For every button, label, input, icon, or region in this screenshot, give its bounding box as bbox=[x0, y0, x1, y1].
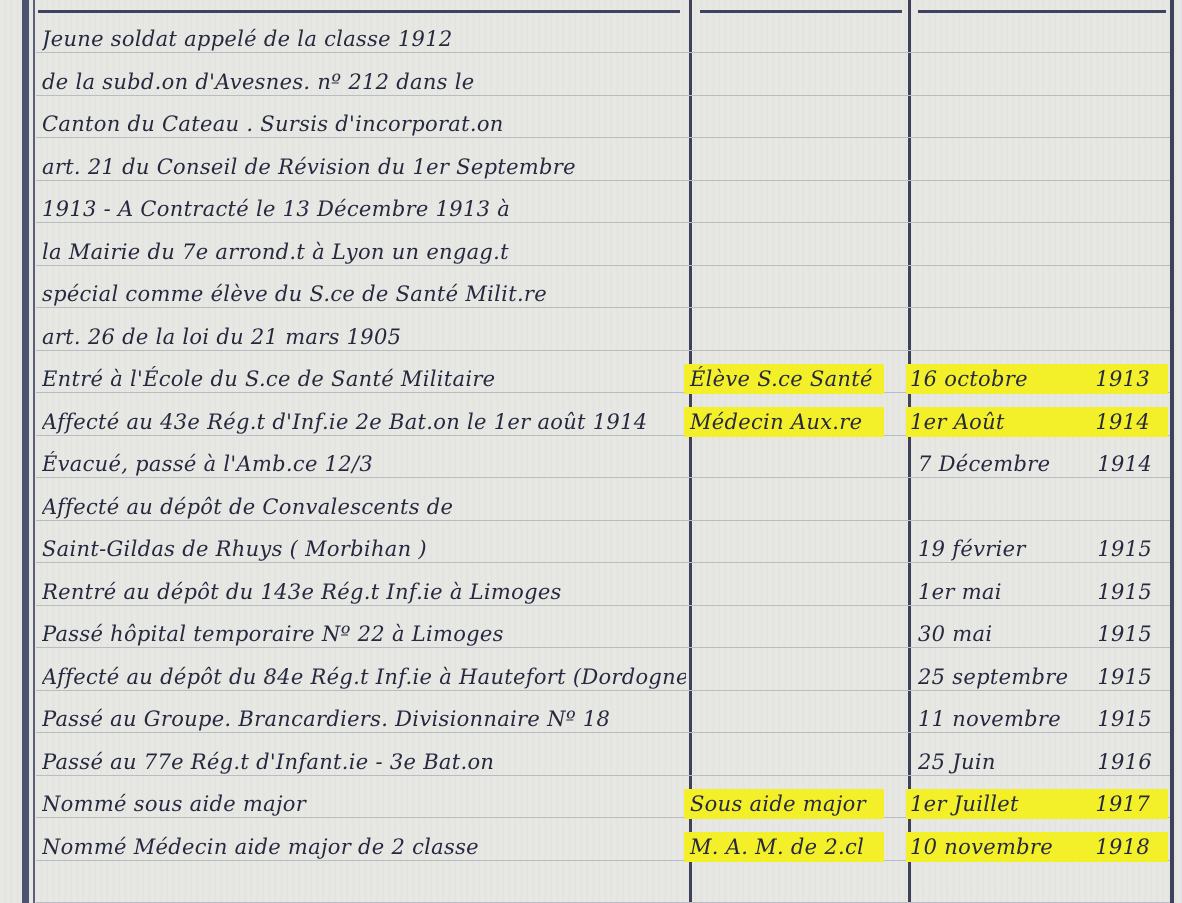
service-description: Passé au 77e Rég.t d'Infant.ie - 3e Bat.… bbox=[42, 747, 686, 777]
service-description: la Mairie du 7e arrond.t à Lyon un engag… bbox=[42, 237, 686, 267]
grade-cell bbox=[692, 279, 902, 309]
date-day-month bbox=[914, 322, 918, 352]
date-cell bbox=[914, 152, 1170, 182]
date-cell: 25 Juin 1916 bbox=[914, 747, 1170, 777]
grade-cell bbox=[692, 534, 902, 564]
date-year: 1913 bbox=[1095, 364, 1168, 394]
date-year: 1915 bbox=[1097, 704, 1170, 734]
table-row: Passé hôpital temporaire Nº 22 à Limoges… bbox=[38, 619, 1170, 654]
date-cell bbox=[914, 194, 1170, 224]
date-day-month: 25 Juin bbox=[914, 747, 996, 777]
date-cell: 1er mai 1915 bbox=[914, 577, 1170, 607]
date-year bbox=[1152, 237, 1170, 267]
header-rule-grade bbox=[700, 10, 902, 13]
grade-cell bbox=[692, 152, 902, 182]
date-year bbox=[1152, 109, 1170, 139]
date-day-month: 25 septembre bbox=[914, 662, 1068, 692]
date-year bbox=[1152, 194, 1170, 224]
table-row: Canton du Cateau . Sursis d'incorporat.o… bbox=[38, 109, 1170, 144]
grade-cell bbox=[692, 449, 902, 479]
header-rule-date bbox=[918, 10, 1166, 13]
table-row: Nommé Médecin aide major de 2 classe M. … bbox=[38, 832, 1170, 867]
date-year bbox=[1152, 67, 1170, 97]
grade-cell bbox=[692, 109, 902, 139]
table-row: Affecté au dépôt de Convalescents de bbox=[38, 492, 1170, 527]
date-day-month bbox=[914, 279, 918, 309]
date-year: 1915 bbox=[1097, 662, 1170, 692]
grade-cell bbox=[692, 237, 902, 267]
date-cell: 30 mai 1915 bbox=[914, 619, 1170, 649]
date-day-month bbox=[914, 24, 918, 54]
table-row: la Mairie du 7e arrond.t à Lyon un engag… bbox=[38, 237, 1170, 272]
date-day-month: 10 novembre bbox=[906, 832, 1053, 862]
date-day-month: 7 Décembre bbox=[914, 449, 1050, 479]
date-cell bbox=[914, 492, 1170, 522]
grade-cell bbox=[692, 492, 902, 522]
service-description: de la subd.on d'Avesnes. nº 212 dans le bbox=[42, 67, 686, 97]
service-description: Passé hôpital temporaire Nº 22 à Limoges bbox=[42, 619, 686, 649]
left-border-thick bbox=[22, 0, 29, 903]
date-cell-highlighted: 1er Août 1914 bbox=[906, 407, 1168, 437]
service-description: art. 26 de la loi du 21 mars 1905 bbox=[42, 322, 686, 352]
date-day-month bbox=[914, 67, 918, 97]
grade-cell bbox=[692, 322, 902, 352]
table-row: Passé au Groupe. Brancardiers. Divisionn… bbox=[38, 704, 1170, 739]
service-description: Saint-Gildas de Rhuys ( Morbihan ) bbox=[42, 534, 686, 564]
register-page: Jeune soldat appelé de la classe 1912 de… bbox=[0, 0, 1182, 903]
date-year: 1916 bbox=[1097, 747, 1170, 777]
date-year bbox=[1152, 279, 1170, 309]
date-cell bbox=[914, 67, 1170, 97]
grade-cell bbox=[692, 577, 902, 607]
grade-cell-highlighted: M. A. M. de 2.cl bbox=[684, 832, 884, 862]
date-day-month bbox=[914, 237, 918, 267]
date-cell-highlighted: 1er Juillet 1917 bbox=[906, 789, 1168, 819]
date-cell bbox=[914, 109, 1170, 139]
service-description: Passé au Groupe. Brancardiers. Divisionn… bbox=[42, 704, 686, 734]
grade-cell bbox=[692, 747, 902, 777]
grade-cell bbox=[692, 24, 902, 54]
table-row: art. 21 du Conseil de Révision du 1er Se… bbox=[38, 152, 1170, 187]
date-year bbox=[1152, 492, 1170, 522]
service-description: art. 21 du Conseil de Révision du 1er Se… bbox=[42, 152, 686, 182]
grade-cell-highlighted: Médecin Aux.re bbox=[684, 407, 884, 437]
table-row: Affecté au dépôt du 84e Rég.t Inf.ie à H… bbox=[38, 662, 1170, 697]
table-row: Rentré au dépôt du 143e Rég.t Inf.ie à L… bbox=[38, 577, 1170, 612]
service-description: 1913 - A Contracté le 13 Décembre 1913 à bbox=[42, 194, 686, 224]
service-description: Affecté au 43e Rég.t d'Inf.ie 2e Bat.on … bbox=[42, 407, 686, 437]
date-cell bbox=[914, 279, 1170, 309]
grade-cell bbox=[692, 619, 902, 649]
date-day-month: 30 mai bbox=[914, 619, 992, 649]
date-day-month bbox=[914, 109, 918, 139]
service-description: Jeune soldat appelé de la classe 1912 bbox=[42, 24, 686, 54]
service-description: Entré à l'École du S.ce de Santé Militai… bbox=[42, 364, 686, 394]
service-description: Nommé Médecin aide major de 2 classe bbox=[42, 832, 686, 862]
date-day-month bbox=[914, 152, 918, 182]
date-day-month: 1er Juillet bbox=[906, 789, 1019, 819]
grade-cell-highlighted: Élève S.ce Santé bbox=[684, 364, 884, 394]
date-cell: 19 février 1915 bbox=[914, 534, 1170, 564]
date-year: 1914 bbox=[1095, 407, 1168, 437]
date-day-month: 16 octobre bbox=[906, 364, 1028, 394]
date-cell: 11 novembre 1915 bbox=[914, 704, 1170, 734]
left-border-thin bbox=[33, 0, 35, 903]
grade-cell bbox=[692, 662, 902, 692]
date-year: 1918 bbox=[1095, 832, 1168, 862]
header-rule-description bbox=[38, 10, 680, 13]
date-year bbox=[1152, 24, 1170, 54]
service-description: Nommé sous aide major bbox=[42, 789, 686, 819]
date-year bbox=[1152, 322, 1170, 352]
date-year: 1914 bbox=[1097, 449, 1170, 479]
service-description: Affecté au dépôt de Convalescents de bbox=[42, 492, 686, 522]
date-cell bbox=[914, 322, 1170, 352]
right-border bbox=[1170, 0, 1174, 903]
date-year: 1915 bbox=[1097, 577, 1170, 607]
table-row: Affecté au 43e Rég.t d'Inf.ie 2e Bat.on … bbox=[38, 407, 1170, 442]
table-row: Saint-Gildas de Rhuys ( Morbihan ) 19 fé… bbox=[38, 534, 1170, 569]
grade-cell-highlighted: Sous aide major bbox=[684, 789, 884, 819]
date-year: 1917 bbox=[1095, 789, 1168, 819]
date-day-month bbox=[914, 194, 918, 224]
service-description: Affecté au dépôt du 84e Rég.t Inf.ie à H… bbox=[42, 662, 686, 692]
date-cell: 25 septembre 1915 bbox=[914, 662, 1170, 692]
date-day-month: 1er mai bbox=[914, 577, 1002, 607]
date-day-month: 1er Août bbox=[906, 407, 1005, 437]
table-row: Évacué, passé à l'Amb.ce 12/3 7 Décembre… bbox=[38, 449, 1170, 484]
table-row: Entré à l'École du S.ce de Santé Militai… bbox=[38, 364, 1170, 399]
grade-cell bbox=[692, 67, 902, 97]
date-cell-highlighted: 16 octobre 1913 bbox=[906, 364, 1168, 394]
date-year: 1915 bbox=[1097, 534, 1170, 564]
service-description: spécial comme élève du S.ce de Santé Mil… bbox=[42, 279, 686, 309]
service-description: Rentré au dépôt du 143e Rég.t Inf.ie à L… bbox=[42, 577, 686, 607]
table-row: Jeune soldat appelé de la classe 1912 bbox=[38, 24, 1170, 59]
table-row: Nommé sous aide major Sous aide major 1e… bbox=[38, 789, 1170, 824]
table-row: Passé au 77e Rég.t d'Infant.ie - 3e Bat.… bbox=[38, 747, 1170, 782]
date-year bbox=[1152, 152, 1170, 182]
table-row: de la subd.on d'Avesnes. nº 212 dans le bbox=[38, 67, 1170, 102]
service-description: Évacué, passé à l'Amb.ce 12/3 bbox=[42, 449, 686, 479]
date-cell-highlighted: 10 novembre 1918 bbox=[906, 832, 1168, 862]
date-year: 1915 bbox=[1097, 619, 1170, 649]
date-cell: 7 Décembre 1914 bbox=[914, 449, 1170, 479]
grade-cell bbox=[692, 194, 902, 224]
grade-cell bbox=[692, 704, 902, 734]
date-day-month: 11 novembre bbox=[914, 704, 1061, 734]
table-row: spécial comme élève du S.ce de Santé Mil… bbox=[38, 279, 1170, 314]
date-cell bbox=[914, 237, 1170, 267]
table-row: 1913 - A Contracté le 13 Décembre 1913 à bbox=[38, 194, 1170, 229]
date-day-month bbox=[914, 492, 918, 522]
date-day-month: 19 février bbox=[914, 534, 1026, 564]
table-row: art. 26 de la loi du 21 mars 1905 bbox=[38, 322, 1170, 357]
date-cell bbox=[914, 24, 1170, 54]
service-description: Canton du Cateau . Sursis d'incorporat.o… bbox=[42, 109, 686, 139]
